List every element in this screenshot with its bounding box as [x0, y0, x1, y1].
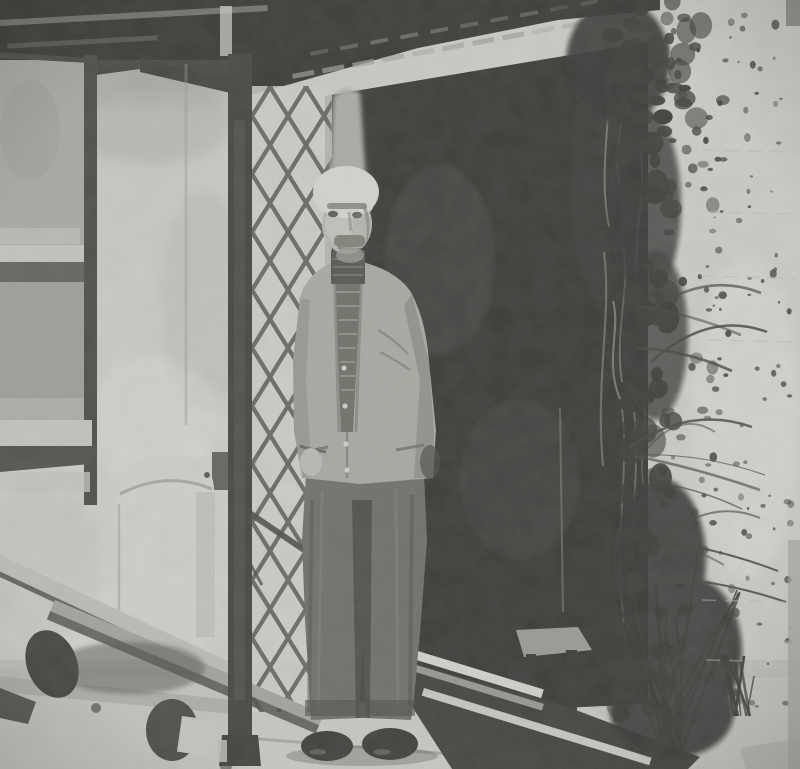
- photo-canvas: [0, 0, 800, 769]
- newspaper-photo: A grainy black-and-white newspaper photo…: [0, 0, 800, 769]
- vignette: [0, 0, 800, 769]
